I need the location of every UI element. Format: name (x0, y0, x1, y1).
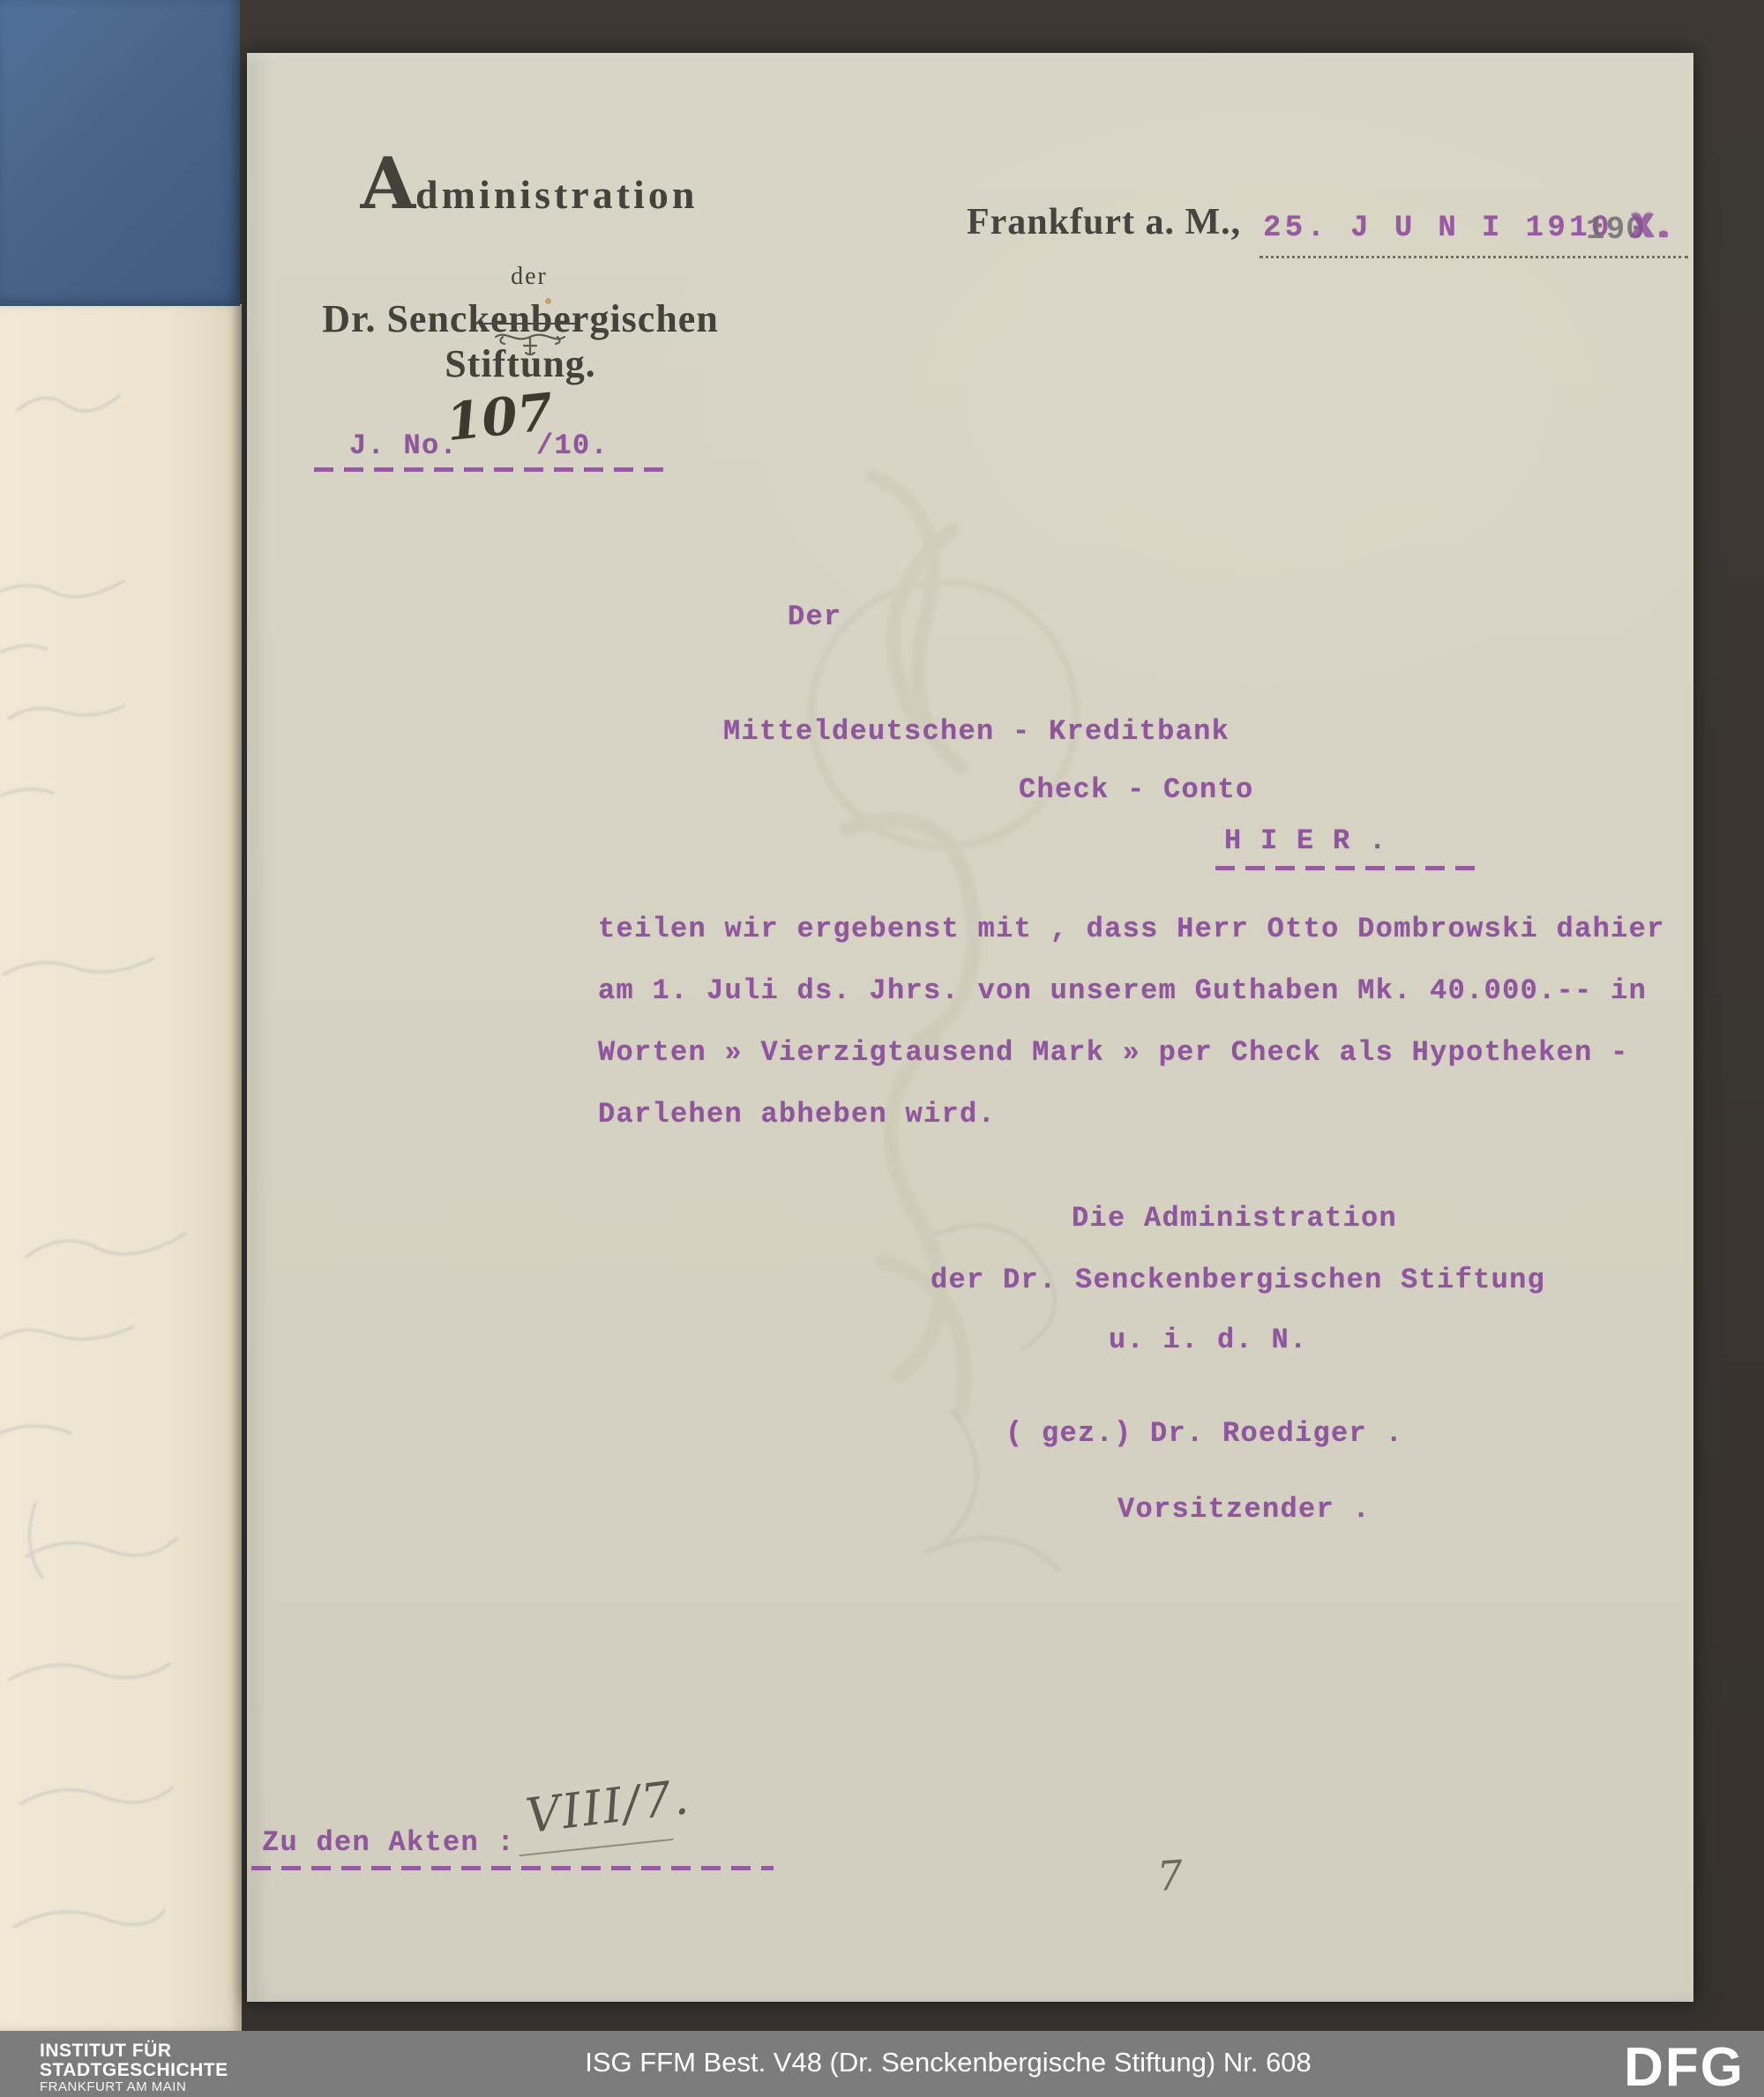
body-line-4: Darlehen abheben wird. (598, 1101, 996, 1129)
date-dotted-line (1259, 228, 1688, 258)
journal-number-label: J. No. (349, 432, 458, 460)
isg-logo: INSTITUT FÜR STADTGESCHICHTE FRANKFURT A… (40, 2041, 228, 2094)
archive-footer-bar: INSTITUT FÜR STADTGESCHICHTE FRANKFURT A… (0, 2031, 1764, 2097)
isg-logo-line3: FRANKFURT AM MAIN (40, 2080, 228, 2094)
journal-number-suffix: /10. (536, 432, 609, 460)
letterhead-rule (482, 323, 576, 325)
journal-number-underline (314, 467, 667, 472)
dfg-logo: DFG (1624, 2036, 1745, 2097)
signature-line-2: der Dr. Senckenbergischen Stiftung (931, 1266, 1545, 1295)
recipient-account: Check - Conto (1019, 776, 1254, 804)
recipient-city-underline (1215, 866, 1476, 870)
page-mark: 7 (1155, 1854, 1184, 1897)
recipient-city: H I E R . (1224, 827, 1387, 855)
signature-title: Vorsitzender . (1117, 1496, 1371, 1524)
body-line-1: teilen wir ergebenst mit , dass Herr Ott… (598, 915, 1665, 944)
signature-line-3: u. i. d. N. (1109, 1326, 1308, 1354)
filing-label: Zu den Akten : (262, 1829, 515, 1857)
filing-underline (251, 1866, 774, 1870)
letterhead-der: der (335, 263, 723, 291)
archive-caption: ISG FFM Best. V48 (Dr. Senckenbergische … (585, 2047, 1312, 2078)
blue-cover-corner (0, 0, 240, 306)
recipient-salutation: Der (788, 603, 842, 631)
recipient-bank: Mitteldeutschen - Kreditbank (723, 718, 1230, 746)
faint-handwriting-ghost (0, 304, 242, 2031)
body-line-3: Worten » Vierzigtausend Mark » per Check… (598, 1039, 1629, 1067)
dateline-place: Frankfurt a. M., (967, 201, 1241, 243)
underlying-page (0, 304, 242, 2031)
isg-logo-line2: STADTGESCHICHTE (40, 2061, 228, 2080)
isg-logo-line1: INSTITUT FÜR (40, 2041, 228, 2061)
body-line-2: am 1. Juli ds. Jhrs. von unserem Guthabe… (598, 977, 1647, 1005)
signature-gez: ( gez.) Dr. Roediger . (1005, 1420, 1403, 1448)
flourish-ornament-icon (490, 328, 570, 358)
letterhead-administration: Administration (335, 148, 723, 220)
signature-line-1: Die Administration (1072, 1205, 1397, 1233)
archive-scan-viewer: Administration der Dr. Senckenbergischen… (0, 0, 1764, 2097)
pencil-smudge-ghost (900, 1182, 1217, 1640)
